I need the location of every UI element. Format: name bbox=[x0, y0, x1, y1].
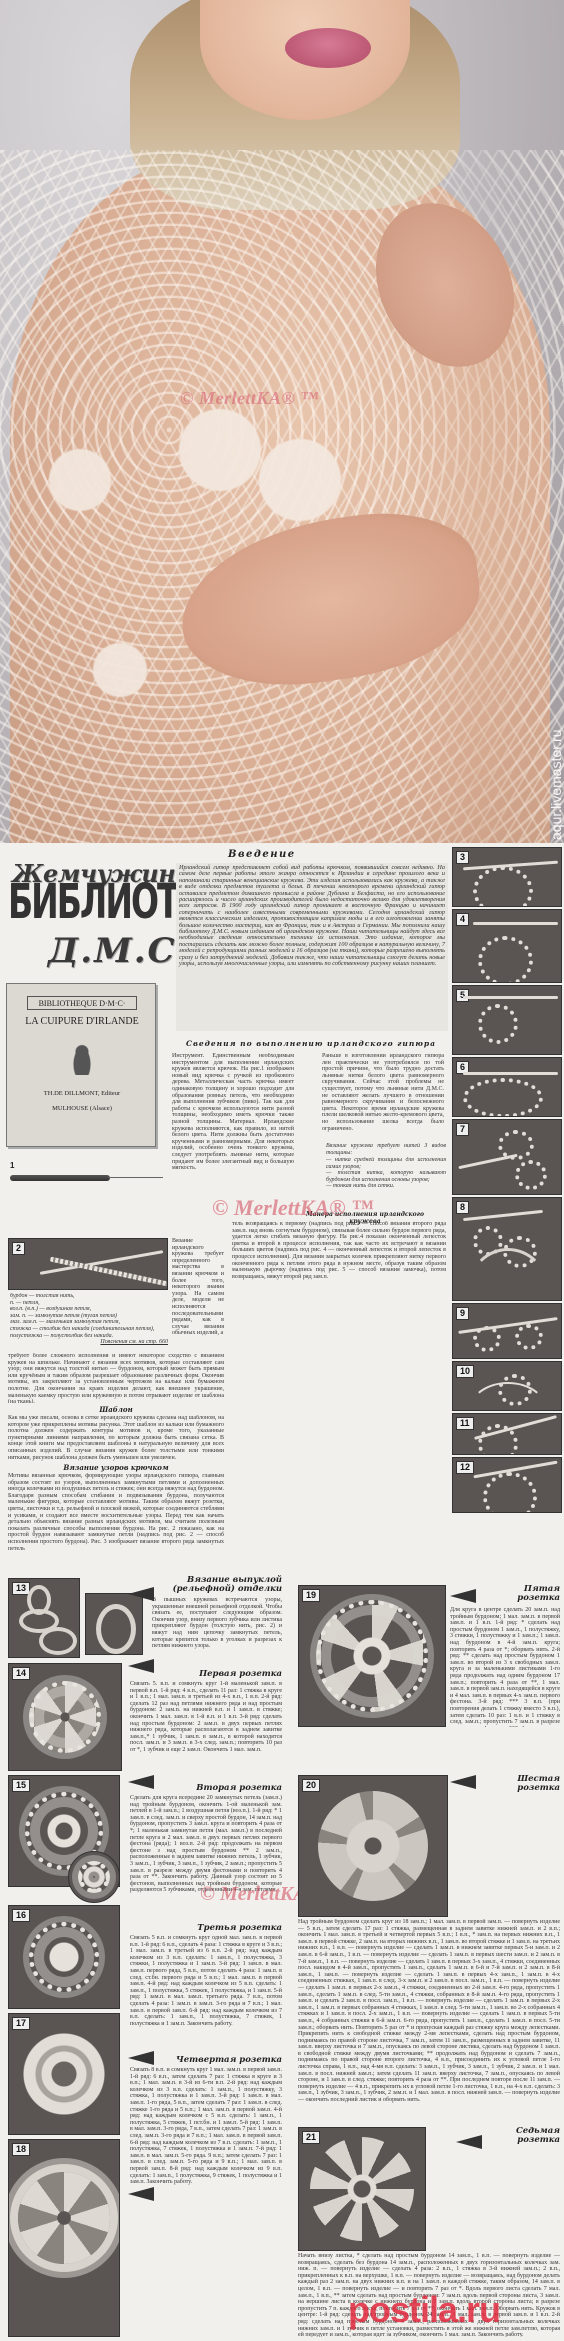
magazine-page: Жемчужина БИБЛИОТЕКИ Д.М.С. BIBLIOTHEQUE… bbox=[0, 843, 564, 2341]
rosette-2-heading: Вторая розетка bbox=[130, 1783, 282, 1793]
figure-19: 19 bbox=[298, 1585, 446, 1727]
crochet-hook-tip bbox=[108, 1177, 163, 1178]
cover-publisher: TH.DE DILLMONT, Editeur bbox=[7, 1090, 157, 1097]
figure-13-detail bbox=[85, 1593, 143, 1655]
legend-item: мал. зам.п. — маленькая замкнутая петля, bbox=[10, 1319, 168, 1326]
figure-4: 4 bbox=[452, 909, 562, 983]
figure-7: 7 bbox=[452, 1119, 562, 1195]
rosette-5-text-continued bbox=[298, 1729, 560, 1771]
crochet-patterns-heading: Вязание узоров крючком bbox=[8, 1463, 224, 1472]
rosette-5-text: Для круга в центре сделать 20 зам.п. над… bbox=[450, 1607, 560, 1727]
cover-title: LA CUIPURE D'IRLANDE bbox=[7, 1016, 157, 1027]
legend-item: п. — петля, bbox=[10, 1300, 168, 1307]
threads-list: — нитка средней толщины для исполнения с… bbox=[326, 1157, 446, 1190]
figure-10: 10 bbox=[452, 1361, 562, 1411]
rosette-1-text: Связать 5. в.п. и сомкнуть круг 1-й мале… bbox=[130, 1681, 282, 1771]
cover-series: BIBLIOTHEQUE D·M·C· bbox=[27, 996, 137, 1010]
cover-emblem-icon bbox=[69, 1039, 95, 1075]
merletka-watermark: © MerlettKA® ™ bbox=[212, 1195, 373, 1221]
figure-3: 3 bbox=[452, 847, 562, 907]
cover-city: MULHOUSE (Alsace) bbox=[7, 1105, 157, 1112]
figure-5: 5 bbox=[452, 985, 562, 1055]
figure-6: 6 bbox=[452, 1057, 562, 1117]
figure-17: 17 bbox=[8, 2013, 120, 2135]
rosette-5-heading: Пятая розетка bbox=[470, 1585, 560, 1603]
figure-21: 21 bbox=[298, 2127, 426, 2251]
lace-dress-photo: © MerlettKA® ™ aqur.livemaster.ru bbox=[0, 0, 564, 843]
thread-item: — нитка средней толщины для исполнения с… bbox=[326, 1157, 446, 1170]
rosette-1-heading: Первая розетка bbox=[130, 1669, 282, 1679]
postila-watermark: postila.ru bbox=[348, 2289, 500, 2331]
crochet-hook-icon bbox=[10, 1175, 110, 1181]
book-cover: BIBLIOTHEQUE D·M·C· LA CUIPURE D'IRLANDE… bbox=[6, 983, 156, 1147]
execution-col2: Раньше в изготовлении ирландского гипюра… bbox=[322, 1053, 444, 1141]
rosette-7-heading: Седьмая розетка bbox=[470, 2127, 560, 2145]
rosette-6-text-full: Над тройным бурдоном сделать круг из 18 … bbox=[298, 1919, 560, 2125]
legend-note: Пояснения см. на стр. 660 bbox=[10, 1339, 168, 1346]
thread-item: — толстая нитка, которую называют бурдон… bbox=[326, 1170, 446, 1183]
rosette-7-text-side bbox=[430, 2147, 560, 2251]
thread-item: — тонкая нить для сетки. bbox=[326, 1183, 446, 1190]
figure-1-label: 1 bbox=[10, 1161, 14, 1170]
method-text: требуют более сложного исполнения и имею… bbox=[8, 1353, 224, 1403]
figure-2: 2 bbox=[8, 1238, 168, 1290]
figure-20: 20 bbox=[298, 1775, 448, 1917]
rosette-6-text bbox=[452, 1795, 560, 1917]
knitting-side-text: Вязание ирландского кружева требует опре… bbox=[172, 1238, 224, 1350]
legend-item: зам. п. — замкнутая петля (тугая петля) bbox=[10, 1313, 168, 1320]
legend-item: стяжка — столбик без накида (соединитель… bbox=[10, 1326, 168, 1333]
merletka-watermark: © MerlettKA® ™ bbox=[180, 388, 319, 409]
legend-item: воз.п. (в.п.) — воздушная петля, bbox=[10, 1306, 168, 1313]
figure-15-detail bbox=[68, 1851, 120, 1903]
rings-text-column: тель возвращаясь к первому (надпись под … bbox=[232, 1221, 446, 1571]
arrow-pointer-icon bbox=[128, 1587, 154, 1601]
lips bbox=[285, 28, 371, 68]
rosette-3-heading: Третья розетка bbox=[130, 1923, 282, 1933]
execution-heading: Сведения по выполнению ирландского гипюр… bbox=[186, 1039, 436, 1048]
template-heading: Шаблон bbox=[8, 1405, 224, 1414]
abbreviation-legend: бурдон — толстая нить, п. — петля, воз.п… bbox=[10, 1293, 168, 1346]
rosette-6-heading: Шестая розетка bbox=[470, 1775, 560, 1793]
execution-col1: Инструмент. Единственным необходимым инс… bbox=[172, 1053, 294, 1201]
legend-item: бурдон — толстая нить, bbox=[10, 1293, 168, 1300]
figure-16: 16 bbox=[8, 1905, 120, 2009]
figure-11: 11 bbox=[452, 1413, 562, 1455]
intro-heading: Введение bbox=[228, 849, 296, 860]
rosette-4-heading: Четвертая розетка bbox=[130, 2055, 282, 2065]
template-text: Как мы уже писали, основа в сетке ирланд… bbox=[8, 1415, 224, 1461]
rosette-4-text: Связать 8 в.п. и сомкнуть круг 1 мал. за… bbox=[130, 2067, 282, 2337]
intro-text: Ирландский гипюр представляет собой вид … bbox=[176, 863, 448, 1031]
figure-18: 18 bbox=[8, 2139, 120, 2337]
relief-heading: Вязание выпуклой (рельефной) отделки bbox=[152, 1576, 282, 1594]
figure-9: 9 bbox=[452, 1303, 562, 1359]
figure-12: 12 bbox=[452, 1457, 562, 1513]
threads-intro: Вязание кружева требует нитей 3 видов то… bbox=[326, 1143, 446, 1157]
legend-item: полустяжка — полустолбик без накида. bbox=[10, 1333, 168, 1340]
figure-13: 13 bbox=[8, 1578, 80, 1658]
masthead-dmc: Д.М.С. bbox=[48, 931, 190, 971]
rosette-3-text: Связать 5 в.п. и сомкнуть круг одной мал… bbox=[130, 1935, 282, 2053]
site-watermark: aqur.livemaster.ru bbox=[528, 670, 558, 843]
arrow-pointer-icon bbox=[128, 2187, 154, 2201]
crochet-patterns-text: Мотивы вязанные крючком, формирующие узо… bbox=[8, 1473, 224, 1569]
relief-text: В пышных кружевах встречаются узоры, укр… bbox=[152, 1597, 282, 1657]
figure-14: 14 bbox=[8, 1663, 122, 1771]
figure-8: 8 bbox=[452, 1197, 562, 1301]
